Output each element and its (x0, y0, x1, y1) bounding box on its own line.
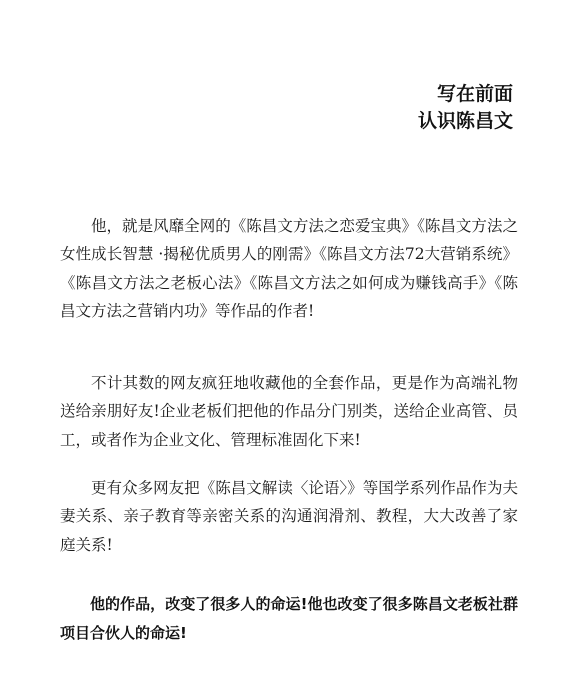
paragraph-conclusion: 他的作品，改变了很多人的命运!他也改变了很多陈昌文老板社群项目合伙人的命运! (60, 590, 518, 647)
page-subtitle: 认识陈昌文 (418, 108, 513, 135)
paragraph-collectors: 不计其数的网友疯狂地收藏他的全套作品，更是作为高端礼物送给亲朋好友!企业老板们把… (60, 369, 518, 455)
paragraph-intro: 他，就是风靡全网的《陈昌文方法之恋爱宝典》《陈昌文方法之女性成长智慧 ·揭秘优质… (60, 212, 518, 326)
page-title: 写在前面 (418, 81, 513, 108)
paragraph-guoxue: 更有众多网友把《陈昌文解读〈论语〉》等国学系列作品作为夫妻关系、亲子教育等亲密关… (60, 474, 518, 560)
title-block: 写在前面 认识陈昌文 (418, 81, 513, 135)
